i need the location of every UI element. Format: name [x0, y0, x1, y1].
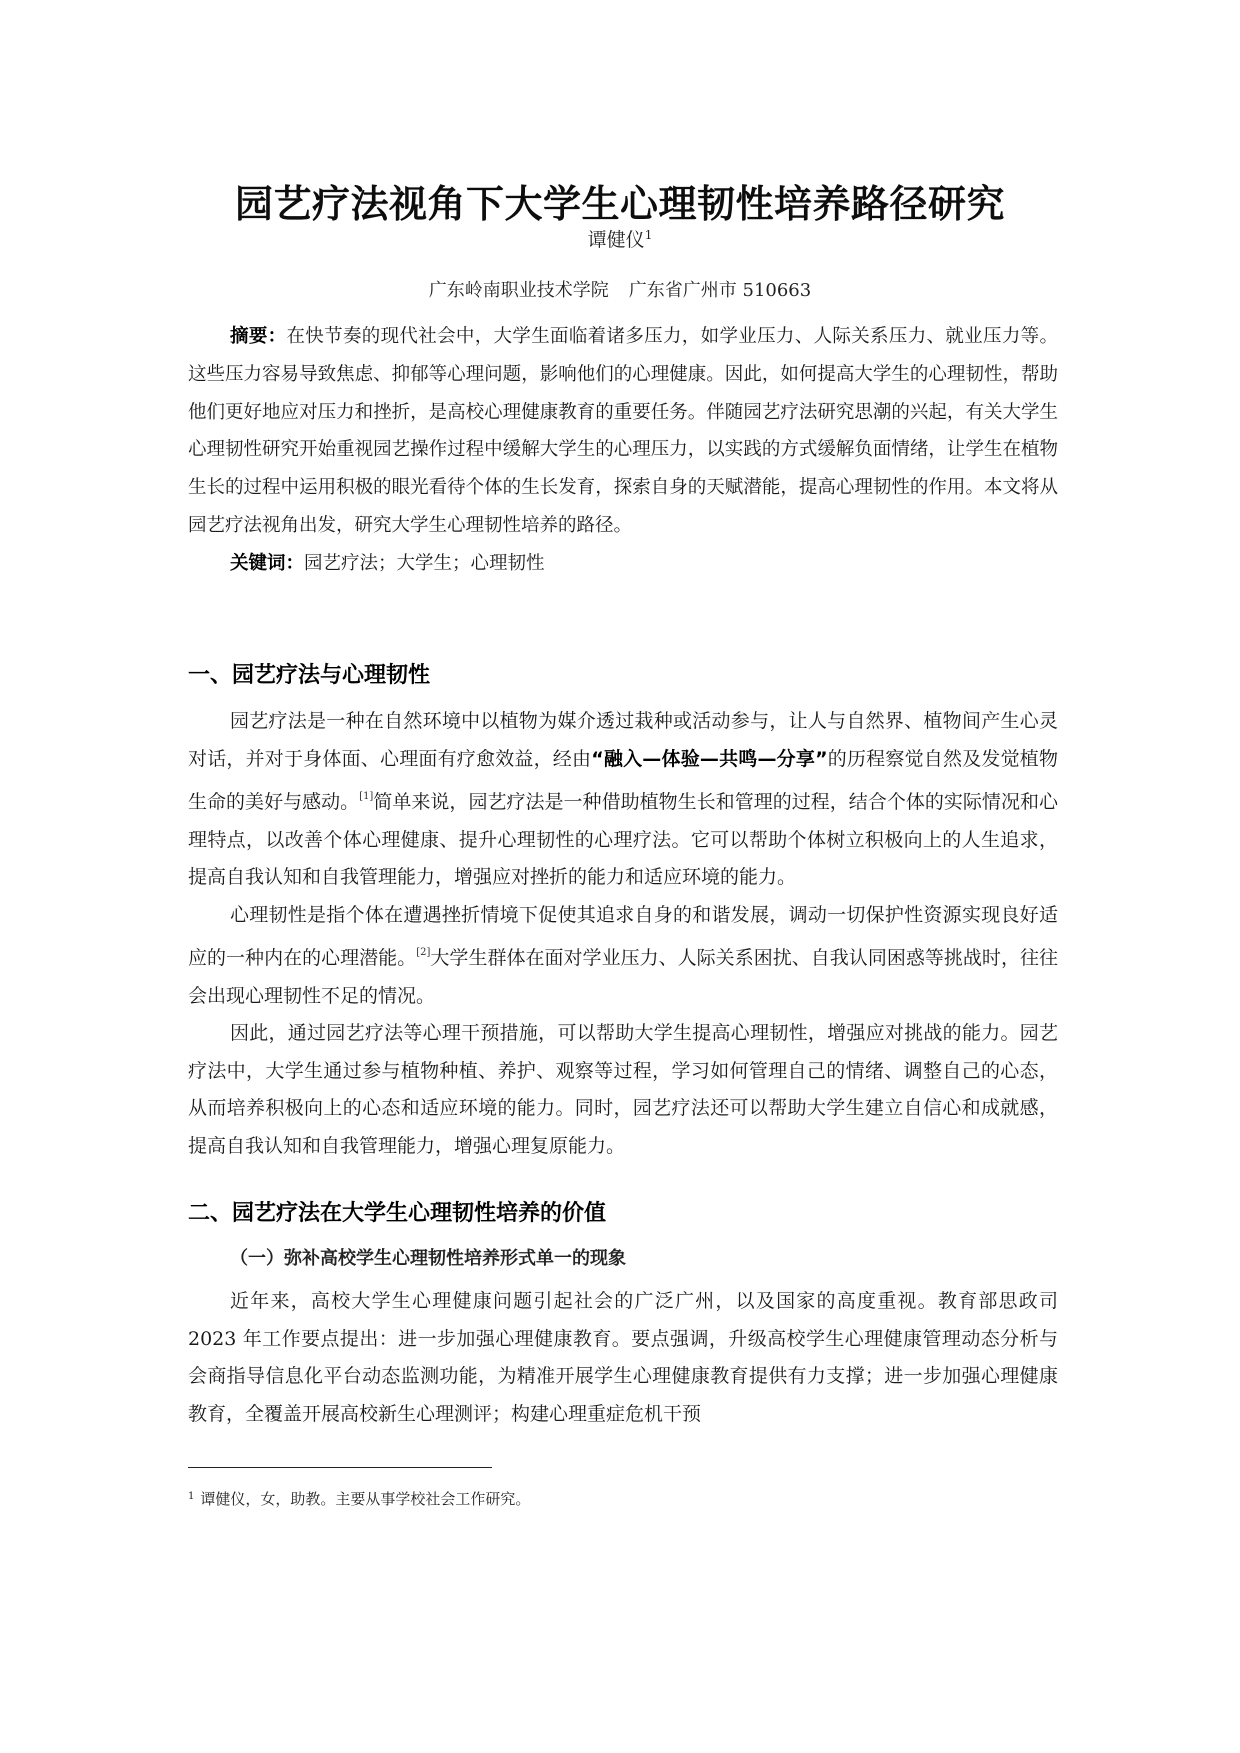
keywords-label: 关键词：: [230, 553, 304, 574]
author-name: 谭健仪: [588, 229, 645, 251]
section-heading-1: 一、园艺疗法与心理韧性: [188, 658, 430, 689]
footnote-divider: [188, 1467, 492, 1468]
keywords-text: 园艺疗法；大学生；心理韧性: [304, 553, 545, 574]
section-2-body: 近年来，高校大学生心理健康问题引起社会的广泛广州，以及国家的高度重视。教育部思政…: [188, 1283, 1058, 1433]
section-heading-2: 二、园艺疗法在大学生心理韧性培养的价值: [188, 1196, 606, 1227]
citation-ref-1[interactable]: [1]: [359, 791, 373, 802]
subsection-heading-2-1: （一）弥补高校学生心理韧性培养形式单一的现象: [230, 1244, 626, 1270]
affiliation-location: 广东省广州市 510663: [629, 280, 811, 301]
affiliation-line: 广东岭南职业技术学院广东省广州市 510663: [0, 276, 1240, 302]
author-footnote-mark[interactable]: 1: [645, 228, 653, 242]
section-1-paragraph-2: 心理韧性是指个体在遭遇挫折情境下促使其追求自身的和谐发展，调动一切保护性资源实现…: [188, 897, 1058, 1016]
section-2-1-paragraph-1: 近年来，高校大学生心理健康问题引起社会的广泛广州，以及国家的高度重视。教育部思政…: [188, 1283, 1058, 1433]
section-1-paragraph-1: 园艺疗法是一种在自然环境中以植物为媒介透过栽种或活动参与，让人与自然界、植物间产…: [188, 703, 1058, 897]
abstract-text: 在快节奏的现代社会中，大学生面临着诸多压力，如学业压力、人际关系压力、就业压力等…: [188, 326, 1058, 536]
section-1-body: 园艺疗法是一种在自然环境中以植物为媒介透过栽种或活动参与，让人与自然界、植物间产…: [188, 703, 1058, 1165]
abstract-label: 摘要：: [230, 326, 286, 347]
footnote-mark: 1: [188, 1491, 194, 1502]
abstract-block: 摘要：在快节奏的现代社会中，大学生面临着诸多压力，如学业压力、人际关系压力、就业…: [188, 318, 1058, 583]
abstract-paragraph: 摘要：在快节奏的现代社会中，大学生面临着诸多压力，如学业压力、人际关系压力、就业…: [188, 318, 1058, 545]
paper-title: 园艺疗法视角下大学生心理韧性培养路径研究: [0, 173, 1240, 228]
section-1-paragraph-3: 因此，通过园艺疗法等心理干预措施，可以帮助大学生提高心理韧性，增强应对挑战的能力…: [188, 1015, 1058, 1165]
affiliation-institution: 广东岭南职业技术学院: [429, 280, 609, 301]
author-line: 谭健仪1: [0, 225, 1240, 252]
emphasis-phrase: “融入—体验—共鸣—分享”: [591, 748, 827, 770]
keywords-paragraph: 关键词：园艺疗法；大学生；心理韧性: [188, 545, 1058, 583]
footnote-text: 谭健仪，女，助教。主要从事学校社会工作研究。: [200, 1490, 530, 1508]
footnote: 1谭健仪，女，助教。主要从事学校社会工作研究。: [188, 1488, 530, 1509]
document-page: 园艺疗法视角下大学生心理韧性培养路径研究 谭健仪1 广东岭南职业技术学院广东省广…: [0, 0, 1240, 1753]
citation-ref-2[interactable]: [2]: [416, 947, 430, 958]
